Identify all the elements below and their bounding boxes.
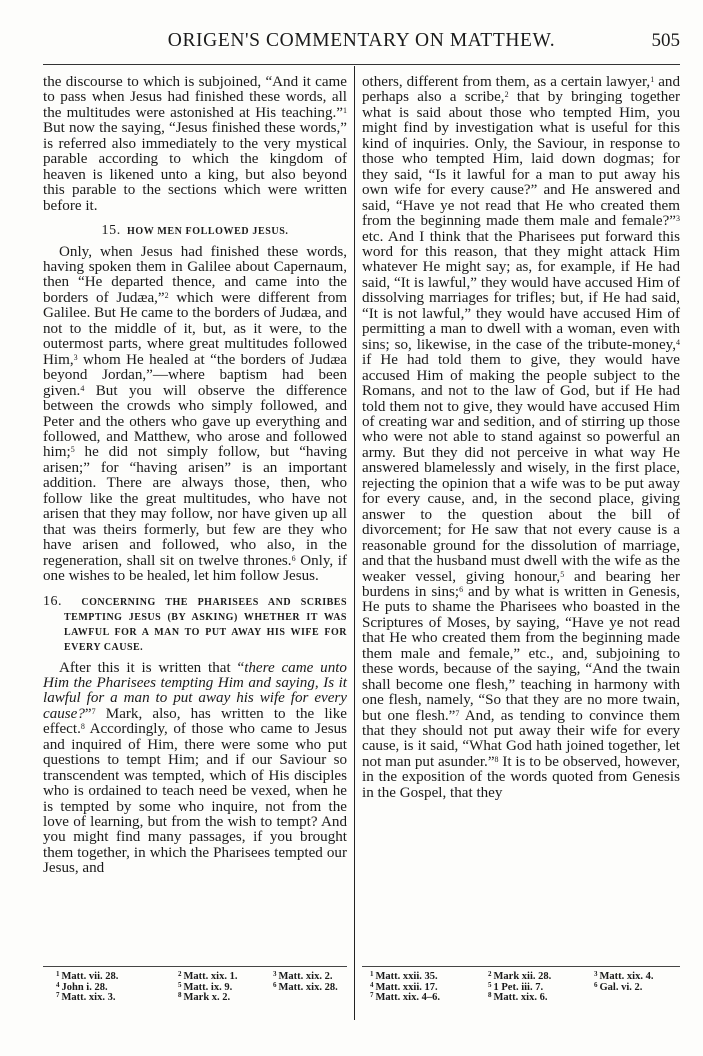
section-number: 15. [102, 223, 121, 238]
footnote-ref[interactable]: 3 [676, 214, 680, 223]
right-column: others, different from them, as a certai… [362, 75, 680, 801]
section-title: HOW MEN FOLLOWED JESUS. [127, 226, 288, 237]
section-number: 16. [43, 594, 62, 609]
footnote-rule-left [43, 966, 347, 967]
header-rule [43, 64, 680, 65]
paragraph: others, different from them, as a certai… [362, 75, 680, 801]
footnotes-right: 1Matt. xxii. 35. 2Mark xii. 28. 3Matt. x… [370, 972, 680, 1004]
paragraph: After this it is written that “there cam… [43, 661, 347, 877]
paragraph: the discourse to which is subjoined, “An… [43, 75, 347, 214]
page-number: 505 [652, 30, 681, 52]
footnote: 6Matt. xix. 28. [273, 983, 347, 994]
footnote-rule-right [362, 966, 680, 967]
running-title: ORIGEN'S COMMENTARY ON MATTHEW. [43, 30, 680, 52]
page-header: ORIGEN'S COMMENTARY ON MATTHEW. 505 [43, 20, 680, 60]
footnote-ref[interactable]: 4 [676, 338, 680, 347]
paragraph: Only, when Jesus had finished these word… [43, 245, 347, 585]
footnotes-left: 1Matt. vii. 28. 2Matt. xix. 1. 3Matt. xi… [56, 972, 347, 1004]
footnote: 8Mark x. 2. [178, 993, 273, 1004]
column-divider [354, 66, 355, 1020]
footnote: 7Matt. xix. 3. [56, 993, 178, 1004]
footnote: 6Gal. vi. 2. [594, 983, 680, 994]
footnote-ref[interactable]: 1 [343, 106, 347, 115]
section-heading-16: 16. CONCERNING THE PHARISEES AND SCRIBES… [43, 594, 347, 655]
footnote: 8Matt. xix. 6. [488, 993, 594, 1004]
left-column: the discourse to which is subjoined, “An… [43, 75, 347, 877]
section-title: CONCERNING THE PHARISEES AND SCRIBES TEM… [64, 597, 347, 653]
footnote: 7Matt. xix. 4–6. [370, 993, 488, 1004]
section-heading-15: 15. HOW MEN FOLLOWED JESUS. [43, 223, 347, 239]
